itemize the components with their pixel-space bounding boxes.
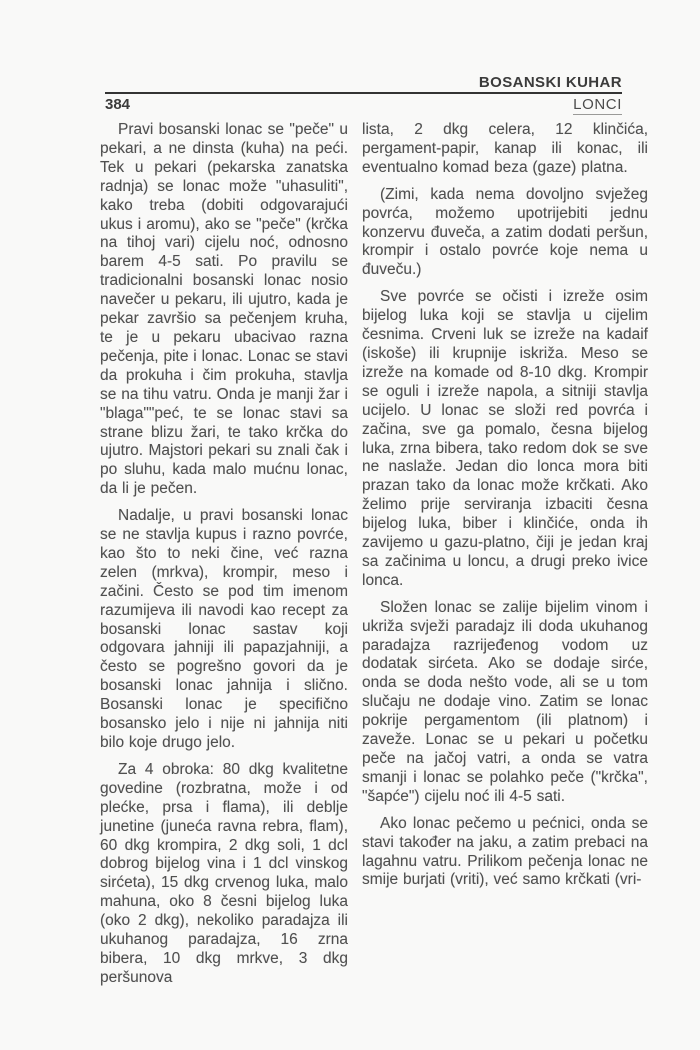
book-page: BOSANSKI KUHAR 384 LONCI Pravi bosanski … xyxy=(0,0,700,1050)
left-column: Pravi bosanski lonac se "peče" u pekari,… xyxy=(100,121,348,988)
body-paragraph: Pravi bosanski lonac se "peče" u pekari,… xyxy=(100,121,348,499)
right-column: lista, 2 dkg celera, 12 klinčića, pergam… xyxy=(362,121,648,890)
page-number: 384 xyxy=(105,96,130,113)
body-paragraph: (Zimi, kada nema dovoljno svježeg povrća… xyxy=(362,186,648,281)
text-columns: Pravi bosanski lonac se "peče" u pekari,… xyxy=(100,121,648,988)
section-title: LONCI xyxy=(573,96,622,115)
header-rule xyxy=(105,92,622,94)
body-paragraph: Složen lonac se zalije bijelim vinom i u… xyxy=(362,599,648,807)
body-paragraph: Za 4 obroka: 80 dkg kvalitetne govedine … xyxy=(100,761,348,988)
body-paragraph: Ako lonac pečemo u pećnici, onda se stav… xyxy=(362,815,648,891)
body-paragraph: Sve povrće se očisti i izreže osim bijel… xyxy=(362,288,648,591)
book-title: BOSANSKI KUHAR xyxy=(479,74,622,91)
body-paragraph: lista, 2 dkg celera, 12 klinčića, pergam… xyxy=(362,121,648,178)
body-paragraph: Nadalje, u pravi bosanski lonac se ne st… xyxy=(100,507,348,753)
